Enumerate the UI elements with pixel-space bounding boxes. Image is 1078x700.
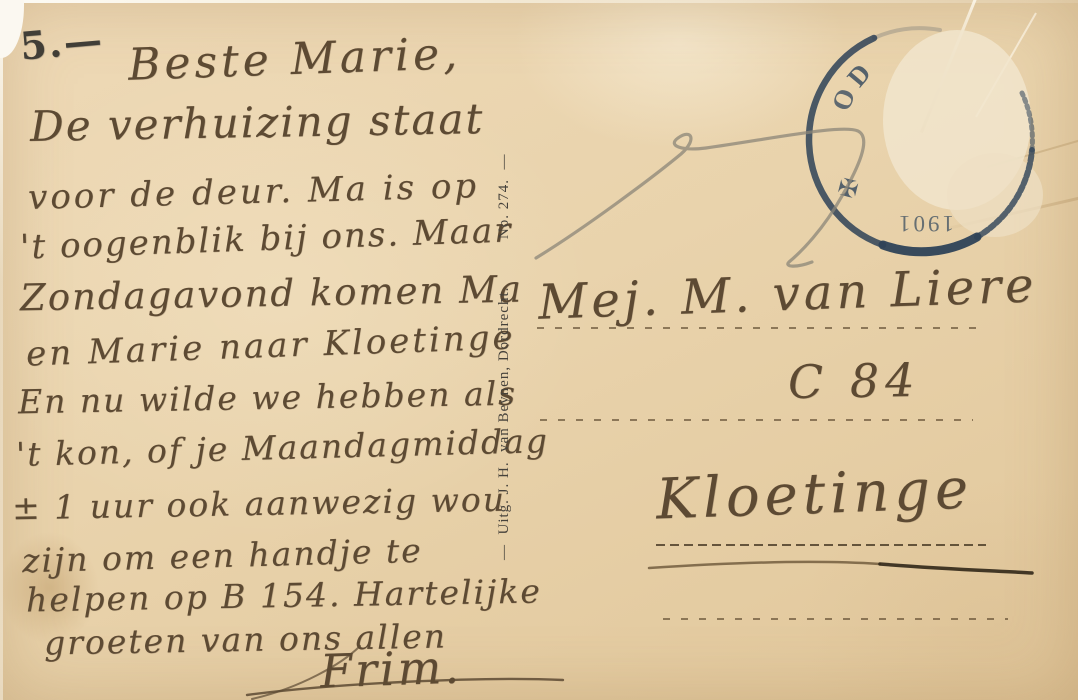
town-underline-stroke — [880, 564, 1032, 573]
postmark-circle — [809, 28, 1032, 252]
address-ruled-line — [537, 327, 985, 329]
message-line: zijn om een handje te — [22, 531, 424, 580]
address-ruled-line — [663, 618, 1008, 620]
message-line: ± 1 uur ook aanwezig wou — [12, 480, 507, 528]
message-line: En nu wilde we hebben als — [18, 374, 518, 422]
postmark-letter: O — [826, 84, 862, 115]
message-line: 't kon, of je Maandagmiddag — [16, 421, 550, 474]
postmark-cross-icon: ✠ — [835, 174, 861, 204]
address-ruled-line — [656, 544, 986, 546]
postcard: 5.— Beste Marie, De verhuizing staat voo… — [0, 0, 1078, 700]
address-recipient: Mej. M. van Liere — [537, 257, 1038, 330]
address-house-number: C 84 — [788, 353, 921, 409]
paper-crease — [947, 189, 1078, 230]
town-underline-stroke — [649, 562, 880, 568]
paper-crease — [987, 130, 1078, 168]
pencil-squiggle — [536, 129, 864, 266]
message-salutation: Beste Marie, — [127, 28, 462, 91]
publisher-imprint: — Uitg. J. H. van Beynen, Dordrecht. No.… — [496, 160, 514, 560]
message-line: De verhuizing staat — [30, 94, 485, 151]
address-town: Kloetinge — [655, 456, 974, 532]
card-left-edge — [0, 0, 3, 700]
paper-crease — [975, 13, 1037, 118]
message-line: en Marie naar Kloetinge — [25, 317, 516, 374]
card-top-edge — [0, 0, 1078, 3]
postmark-year: 1901 — [896, 211, 954, 236]
message-line: voor de deur. Ma is op — [28, 166, 480, 218]
message-line: helpen op B 154. Hartelijke — [26, 572, 542, 620]
message-line: 't oogenblik bij ons. Maar — [19, 210, 513, 267]
message-signature: Frim. — [319, 640, 463, 699]
postmark-letter: D — [841, 58, 877, 92]
paper-crease — [920, 0, 979, 133]
address-ruled-line — [540, 419, 973, 421]
message-line: Zondagavond komen Ma — [20, 268, 524, 320]
pencil-price-mark: 5.— — [18, 16, 105, 68]
